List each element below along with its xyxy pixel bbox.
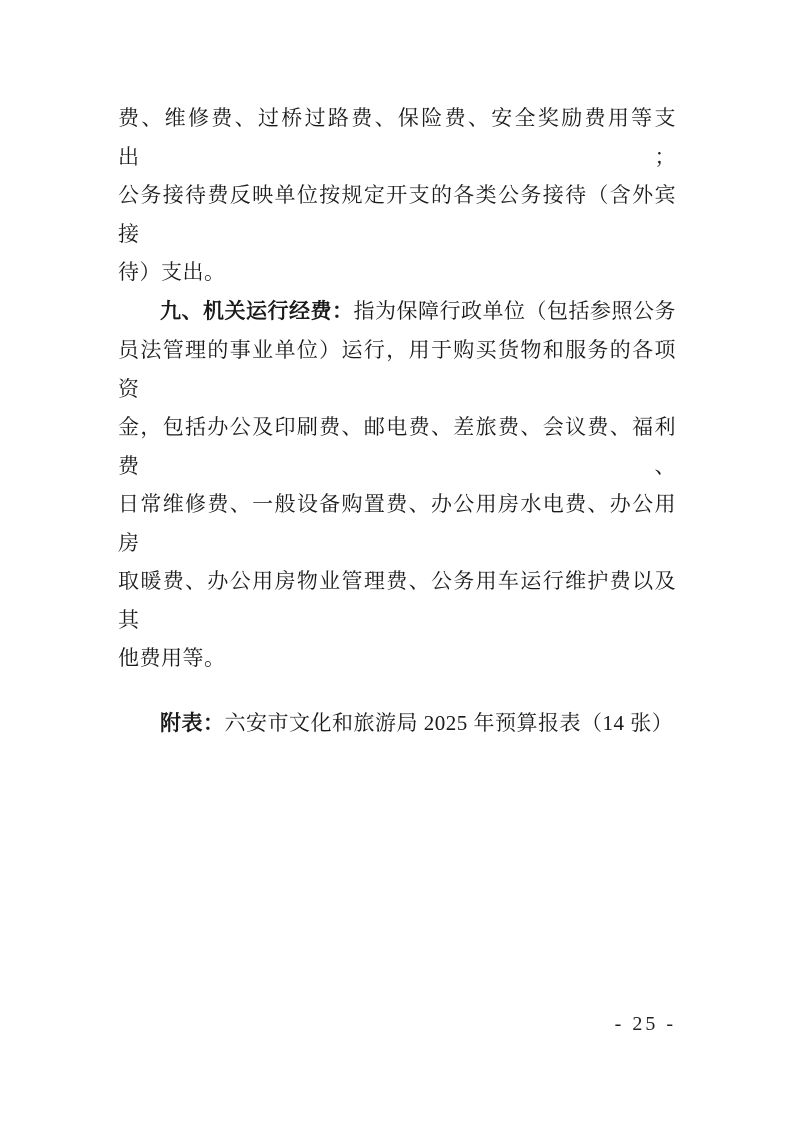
attachment-label: 附表： [160, 712, 225, 735]
text-line: 日常维修费、一般设备购置费、办公用房水电费、办公用房 [118, 485, 676, 562]
section-heading: 九、机关运行经费： [160, 300, 354, 323]
page-footer: - 25 - [615, 1013, 676, 1036]
text-line: 公务接待费反映单位按规定开支的各类公务接待（含外宾接 [118, 176, 676, 253]
attachment-text: 六安市文化和旅游局 2025 年预算报表（14 张） [225, 711, 674, 735]
text-line: 费、维修费、过桥过路费、保险费、安全奖励费用等支出； [118, 99, 676, 176]
text-line: 金，包括办公及印刷费、邮电费、差旅费、会议费、福利费、 [118, 408, 676, 485]
attachment-line: 附表：六安市文化和旅游局 2025 年预算报表（14 张） [118, 704, 676, 744]
text-line: 他费用等。 [118, 639, 676, 678]
document-page: 费、维修费、过桥过路费、保险费、安全奖励费用等支出； 公务接待费反映单位按规定开… [0, 0, 793, 1122]
document-body: 费、维修费、过桥过路费、保险费、安全奖励费用等支出； 公务接待费反映单位按规定开… [118, 99, 676, 743]
page-number: - 25 - [615, 1013, 676, 1035]
text-line: 取暖费、办公用房物业管理费、公务用车运行维护费以及其 [118, 562, 676, 639]
paragraph-start-line: 九、机关运行经费：指为保障行政单位（包括参照公务 [118, 292, 676, 332]
text-line: 员法管理的事业单位）运行，用于购买货物和服务的各项资 [118, 331, 676, 408]
text-run: 指为保障行政单位（包括参照公务 [354, 299, 677, 323]
text-line: 待）支出。 [118, 253, 676, 292]
